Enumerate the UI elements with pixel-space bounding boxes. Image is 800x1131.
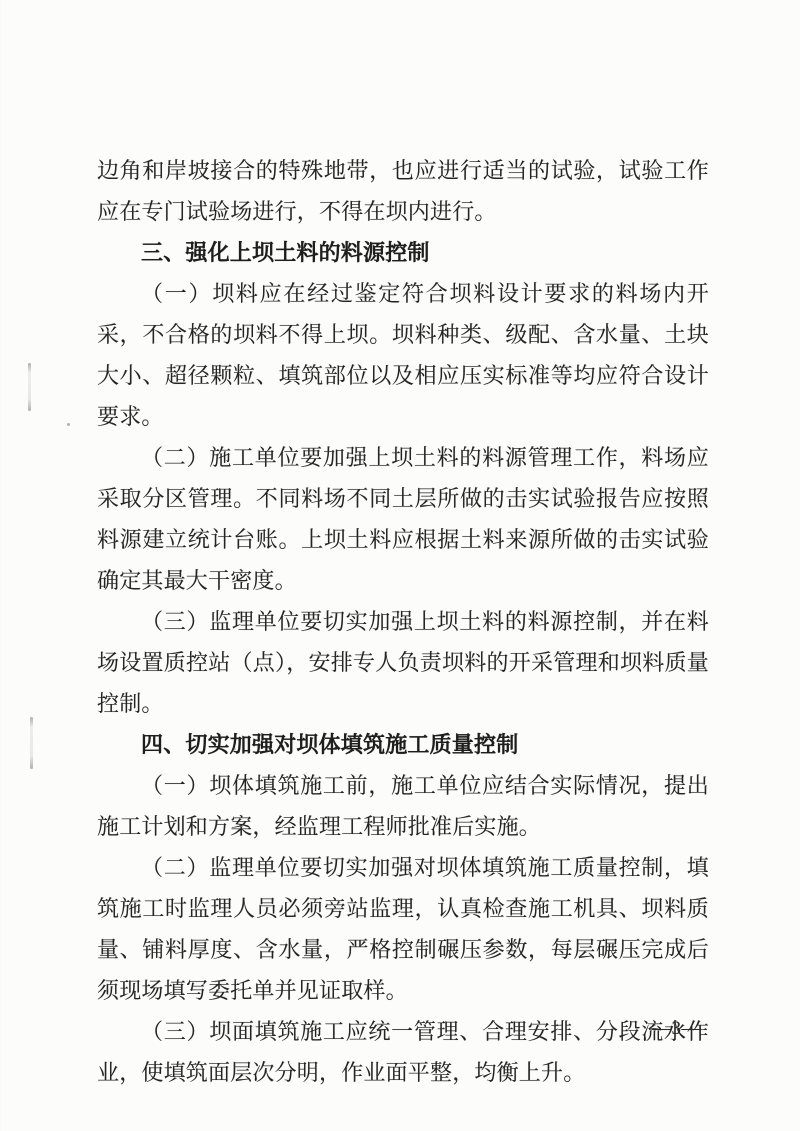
- scanned-document-page: 边角和岸坡接合的特殊地带，也应进行适当的试验，试验工作应在专门试验场进行，不得在…: [0, 0, 800, 1131]
- section-heading-four: 四、切实加强对坝体填筑施工质量控制: [97, 724, 709, 765]
- section-heading-three: 三、强化上坝土料的料源控制: [97, 232, 709, 273]
- paragraph-section4-item2: （二）监理单位要切实加强对坝体填筑施工质量控制，填筑施工时监理人员必须旁站监理，…: [97, 847, 709, 1011]
- paragraph-section3-item2: （二）施工单位要加强上坝土料的料源管理工作，料场应采取分区管理。不同料场不同土层…: [97, 437, 709, 601]
- scan-artifact-smudge: [28, 363, 31, 411]
- page-number: —3—: [652, 1018, 701, 1040]
- paragraph-section4-item3: （三）坝面填筑施工应统一管理、合理安排、分段流水作业，使填筑面层次分明，作业面平…: [97, 1011, 709, 1093]
- paragraph-section4-item1: （一）坝体填筑施工前，施工单位应结合实际情况，提出施工计划和方案，经监理工程师批…: [97, 765, 709, 847]
- scan-artifact-speck: [67, 423, 70, 426]
- paragraph-continuation: 边角和岸坡接合的特殊地带，也应进行适当的试验，试验工作应在专门试验场进行，不得在…: [97, 150, 709, 232]
- paragraph-section3-item1: （一）坝料应在经过鉴定符合坝料设计要求的料场内开采，不合格的坝料不得上坝。坝料种…: [97, 273, 709, 437]
- paragraph-section3-item3: （三）监理单位要切实加强上坝土料的料源控制，并在料场设置质控站（点），安排专人负…: [97, 601, 709, 724]
- scan-artifact-smudge: [30, 717, 33, 769]
- document-body: 边角和岸坡接合的特殊地带，也应进行适当的试验，试验工作应在专门试验场进行，不得在…: [97, 150, 709, 1093]
- scan-artifact-speck: [234, 748, 236, 750]
